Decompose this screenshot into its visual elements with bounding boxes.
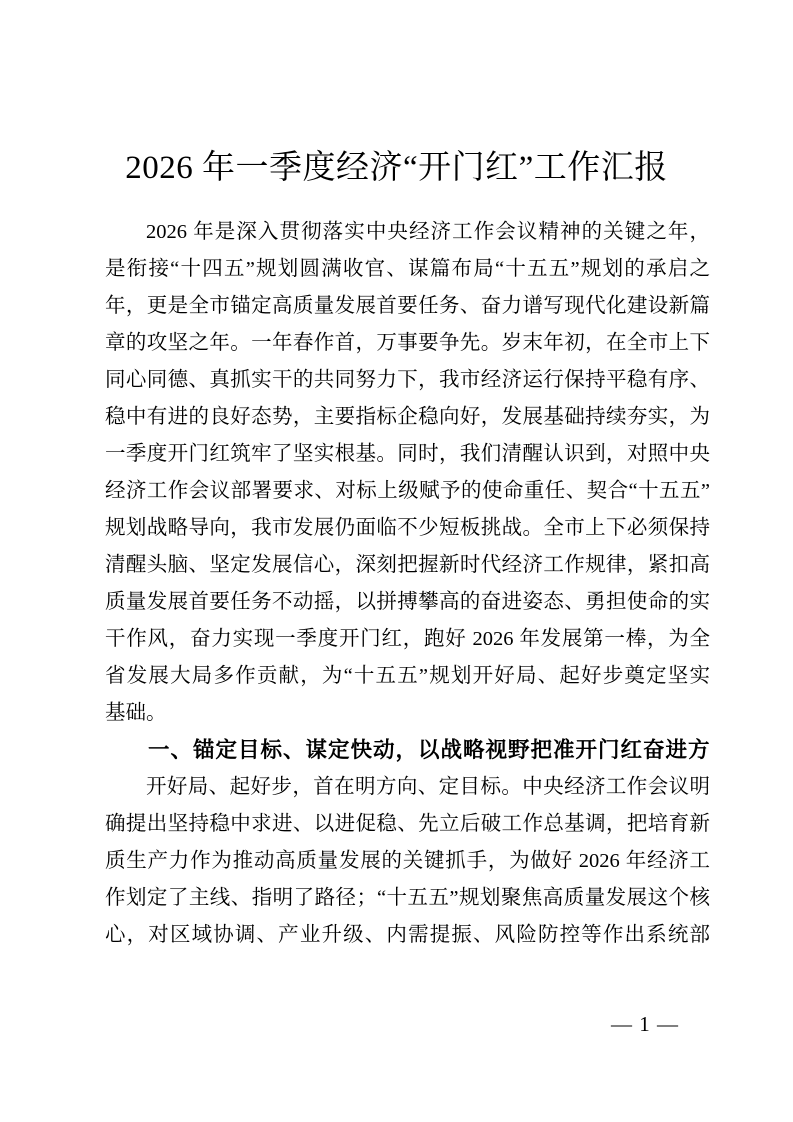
- text-line: 是衔接“十四五”规划圆满收官、谋篇布局“十五五”规划的承启之: [105, 251, 710, 288]
- section-heading: 一、锚定目标、谋定快动，以战略视野把准开门红奋进方向: [105, 732, 710, 769]
- document-title: 2026 年一季度经济“开门红”工作汇报: [0, 146, 793, 190]
- text-line: 2026 年是深入贯彻落实中央经济工作会议精神的关键之年，: [105, 214, 710, 251]
- text-line: 规划战略导向，我市发展仍面临不少短板挑战。全市上下必须保持: [105, 510, 710, 547]
- text-line: 质量发展首要任务不动摇，以拼搏攀高的奋进姿态、勇担使命的实: [105, 584, 710, 621]
- text-line: 同心同德、真抓实干的共同努力下，我市经济运行保持平稳有序、: [105, 362, 710, 399]
- paragraph: 2026 年是深入贯彻落实中央经济工作会议精神的关键之年，是衔接“十四五”规划圆…: [105, 214, 710, 732]
- text-line: 心，对区域协调、产业升级、内需提振、风险防控等作出系统部署，: [105, 917, 710, 954]
- text-line: 干作风，奋力实现一季度开门红，跑好 2026 年发展第一棒，为全: [105, 621, 710, 658]
- text-line: 质生产力作为推动高质量发展的关键抓手，为做好 2026 年经济工: [105, 843, 710, 880]
- text-line: 清醒头脑、坚定发展信心，深刻把握新时代经济工作规律，紧扣高: [105, 547, 710, 584]
- text-line: 年，更是全市锚定高质量发展首要任务、奋力谱写现代化建设新篇: [105, 288, 710, 325]
- text-line: 一季度开门红筑牢了坚实根基。同时，我们清醒认识到，对照中央: [105, 436, 710, 473]
- text-line: 开好局、起好步，首在明方向、定目标。中央经济工作会议明: [105, 769, 710, 806]
- page-number: — 1 —: [611, 1012, 679, 1036]
- document-body: 2026 年是深入贯彻落实中央经济工作会议精神的关键之年，是衔接“十四五”规划圆…: [105, 214, 710, 954]
- text-line: 确提出坚持稳中求进、以进促稳、先立后破工作总基调，把培育新: [105, 806, 710, 843]
- text-line: 稳中有进的良好态势，主要指标企稳向好，发展基础持续夯实，为: [105, 399, 710, 436]
- text-line: 基础。: [105, 695, 710, 732]
- text-line: 作划定了主线、指明了路径；“十五五”规划聚焦高质量发展这个核: [105, 880, 710, 917]
- text-line: 经济工作会议部署要求、对标上级赋予的使命重任、契合“十五五”: [105, 473, 710, 510]
- paragraph: 开好局、起好步，首在明方向、定目标。中央经济工作会议明确提出坚持稳中求进、以进促…: [105, 769, 710, 954]
- text-line: 章的攻坚之年。一年春作首，万事要争先。岁末年初，在全市上下: [105, 325, 710, 362]
- text-line: 省发展大局多作贡献，为“十五五”规划开好局、起好步奠定坚实: [105, 658, 710, 695]
- text-line: 一、锚定目标、谋定快动，以战略视野把准开门红奋进方向: [105, 732, 710, 769]
- document-page: 2026 年一季度经济“开门红”工作汇报 2026 年是深入贯彻落实中央经济工作…: [0, 0, 793, 1122]
